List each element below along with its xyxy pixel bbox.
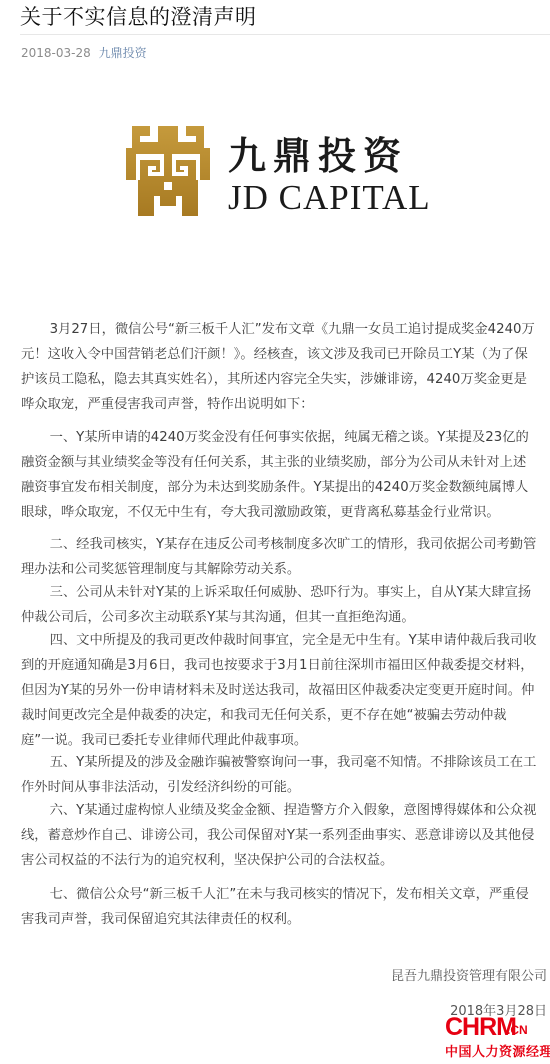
paragraph-2: 二、经我司核实，Y某存在违反公司考核制度多次旷工的情形，我司依据公司考勤管理办法… xyxy=(21,532,537,582)
chrm-watermark: CHRM .CN 中国人力资源经理 xyxy=(445,1014,545,1060)
jd-capital-logo: 九鼎投资 JD CAPITAL xyxy=(118,120,438,220)
paragraph-3: 三、公司从未针对Y某的上诉采取任何威胁、恐吓行为。事实上，自从Y某大肆宣扬仲裁公… xyxy=(21,580,537,630)
paragraph-5: 五、Y某所提及的涉及金融诈骗被警察询问一事，我司毫不知情。不排除该员工在工作外时… xyxy=(21,750,537,800)
watermark-tagline: 中国人力资源经理 xyxy=(445,1041,550,1060)
account-name-link[interactable]: 九鼎投资 xyxy=(99,46,147,60)
logo-english-name: JD CAPITAL xyxy=(228,178,431,218)
article-meta: 2018-03-28 九鼎投资 xyxy=(21,44,147,62)
ding-vessel-icon xyxy=(118,120,218,220)
paragraph-intro: 3月27日，微信公号“新三板千人汇”发布文章《九鼎一女员工追讨提成奖金4240万… xyxy=(21,317,537,417)
article-body: 四、文中所提及的我司更改仲裁时间事宜，完全是无中生有。Y某申请仲裁后我司收到的开… xyxy=(21,628,537,753)
article-body: 五、Y某所提及的涉及金融诈骗被警察询问一事，我司毫不知情。不排除该员工在工作外时… xyxy=(21,750,537,800)
article-body: 六、Y某通过虚构惊人业绩及奖金金额、捏造警方介入假象，意图博得媒体和公众视线，蓄… xyxy=(21,798,537,873)
logo-chinese-name: 九鼎投资 xyxy=(228,134,408,178)
article-body: 三、公司从未针对Y某的上诉采取任何威胁、恐吓行为。事实上，自从Y某大肆宣扬仲裁公… xyxy=(21,580,537,630)
paragraph-1: 一、Y某所申请的4240万奖金没有任何事实依据，纯属无稽之谈。Y某提及23亿的融… xyxy=(21,425,537,525)
watermark-brand: CHRM xyxy=(445,1014,516,1040)
title-divider xyxy=(20,34,550,35)
paragraph-4: 四、文中所提及的我司更改仲裁时间事宜，完全是无中生有。Y某申请仲裁后我司收到的开… xyxy=(21,628,537,753)
watermark-domain: .CN xyxy=(507,1023,528,1037)
article-body: 3月27日，微信公号“新三板千人汇”发布文章《九鼎一女员工追讨提成奖金4240万… xyxy=(21,317,537,417)
article-body: 一、Y某所申请的4240万奖金没有任何事实依据，纯属无稽之谈。Y某提及23亿的融… xyxy=(21,425,537,525)
signature-company: 昆吾九鼎投资管理有限公司 xyxy=(391,968,547,986)
article-title: 关于不实信息的澄清声明 xyxy=(20,2,257,32)
paragraph-7: 七、微信公众号“新三板千人汇”在未与我司核实的情况下，发布相关文章，严重侵害我司… xyxy=(21,882,537,932)
article-body: 七、微信公众号“新三板千人汇”在未与我司核实的情况下，发布相关文章，严重侵害我司… xyxy=(21,882,537,932)
paragraph-6: 六、Y某通过虚构惊人业绩及奖金金额、捏造警方介入假象，意图博得媒体和公众视线，蓄… xyxy=(21,798,537,873)
publish-date: 2018-03-28 xyxy=(21,46,91,60)
article-body: 二、经我司核实，Y某存在违反公司考核制度多次旷工的情形，我司依据公司考勤管理办法… xyxy=(21,532,537,582)
